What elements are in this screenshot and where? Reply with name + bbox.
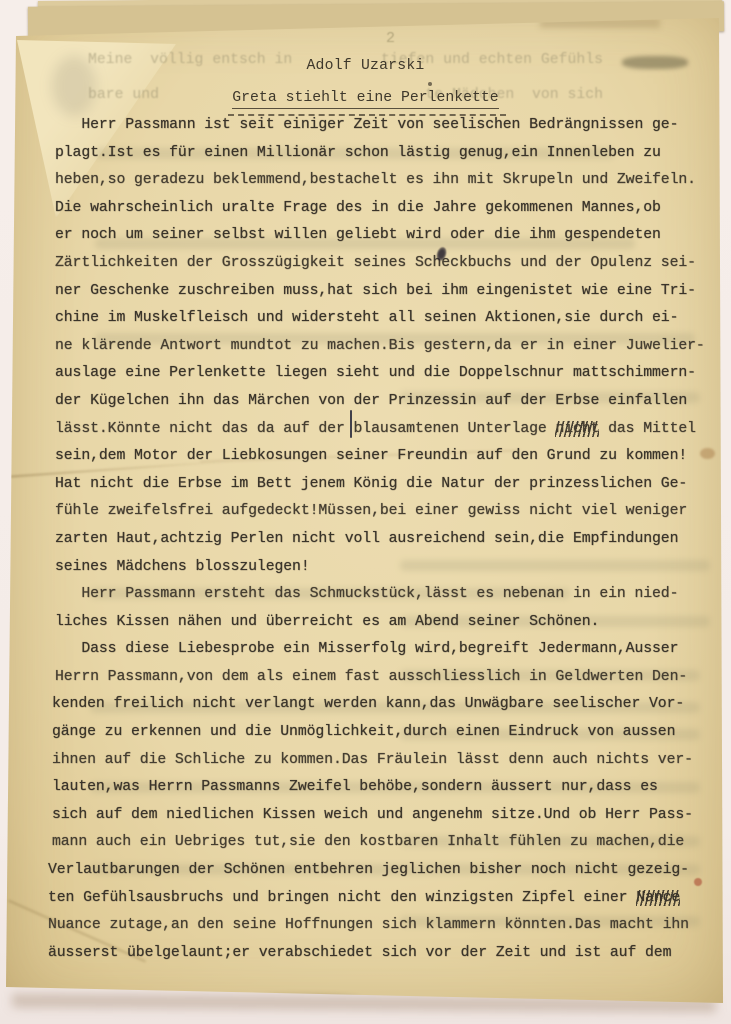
text-line: ne klärende Antwort mundtot zu machen.Bi…	[55, 333, 731, 361]
text-line: der Kügelchen ihn das Märchen von der Pr…	[55, 388, 731, 416]
author-name: Adolf Uzarski	[0, 58, 731, 74]
text-line: mann auch ein Uebriges tut,sie den kostb…	[52, 829, 728, 857]
text-line: er noch um seiner selbst willen geliebt …	[55, 222, 731, 250]
text-line: Herr Passmann ersteht das Schmuckstück,l…	[55, 581, 731, 609]
text-line: lauten,was Herrn Passmanns Zweifel behöb…	[52, 774, 728, 802]
text-segment: lässt.Könnte nicht das da auf der blausa…	[55, 421, 555, 437]
text-line-with-strikeout: lässt.Könnte nicht das da auf der blausa…	[55, 416, 731, 444]
document-page: Meine völlig entsch in tiefen und echten…	[0, 0, 731, 1012]
text-segment: das Mittel	[599, 421, 696, 437]
text-line: Die wahrscheinlich uralte Frage des in d…	[55, 195, 731, 223]
text-line: Dass diese Liebesprobe ein Misserfolg wi…	[55, 636, 731, 664]
scan-background: { "document": { "page_number": "2", "aut…	[0, 0, 731, 1024]
text-line: liches Kissen nähen und überreicht es am…	[55, 609, 731, 637]
text-line: seines Mädchens blosszulegen!	[55, 554, 731, 582]
text-line: Nuance zutage,an den seine Hoffnungen si…	[48, 912, 724, 940]
text-line: sein,dem Motor der Liebkosungen seiner F…	[55, 443, 731, 471]
pen-insertion-mark	[350, 410, 352, 438]
page-number: 2	[386, 30, 395, 47]
text-line: Hat nicht die Erbse im Bett jenem König …	[55, 471, 731, 499]
text-line: sich auf dem niedlichen Kissen weich und…	[52, 802, 728, 830]
text-line: Herrn Passmann,von dem als einem fast au…	[55, 664, 731, 692]
text-line: chine im Muskelfleisch und widersteht al…	[55, 305, 731, 333]
text-line: Verlautbarungen der Schönen entbehren je…	[48, 857, 724, 885]
text-line: Herr Passmann ist seit einiger Zeit von …	[55, 112, 731, 140]
ink-dot	[428, 82, 432, 86]
text-line: Zärtlichkeiten der Grosszügigkeit seines…	[55, 250, 731, 278]
text-line: gänge zu erkennen und die Unmöglichkeit,…	[52, 719, 728, 747]
text-line: äusserst übelgelaunt;er verabschiedet si…	[48, 940, 724, 968]
body-text: Herr Passmann ist seit einiger Zeit von …	[55, 112, 731, 967]
document-title: Greta stiehlt eine Perlenkette	[0, 90, 731, 109]
text-line: fühle zweifelsfrei aufgedeckt!Müssen,bei…	[55, 498, 731, 526]
text-line: heben,so geradezu beklemmend,bestachelt …	[55, 167, 731, 195]
text-line: ner Geschenke zuschreiben muss,hat sich …	[55, 278, 731, 306]
text-line: zarten Haut,achtzig Perlen nicht voll au…	[55, 526, 731, 554]
text-segment: ten Gefühlsausbruchs und bringen nicht d…	[48, 890, 636, 906]
text-line: plagt.Ist es für einen Millionär schon l…	[55, 140, 731, 168]
document-title-text: Greta stiehlt eine Perlenkette	[232, 90, 498, 109]
struck-word: Nance	[636, 890, 680, 906]
text-line: auslage eine Perlenkette liegen sieht un…	[55, 360, 731, 388]
text-line: ihnen auf die Schliche zu kommen.Das Frä…	[52, 747, 728, 775]
text-line-with-strikeout: ten Gefühlsausbruchs und bringen nicht d…	[48, 885, 724, 913]
struck-word: nicht	[555, 421, 599, 437]
text-line: kenden freilich nicht verlangt werden ka…	[52, 691, 728, 719]
